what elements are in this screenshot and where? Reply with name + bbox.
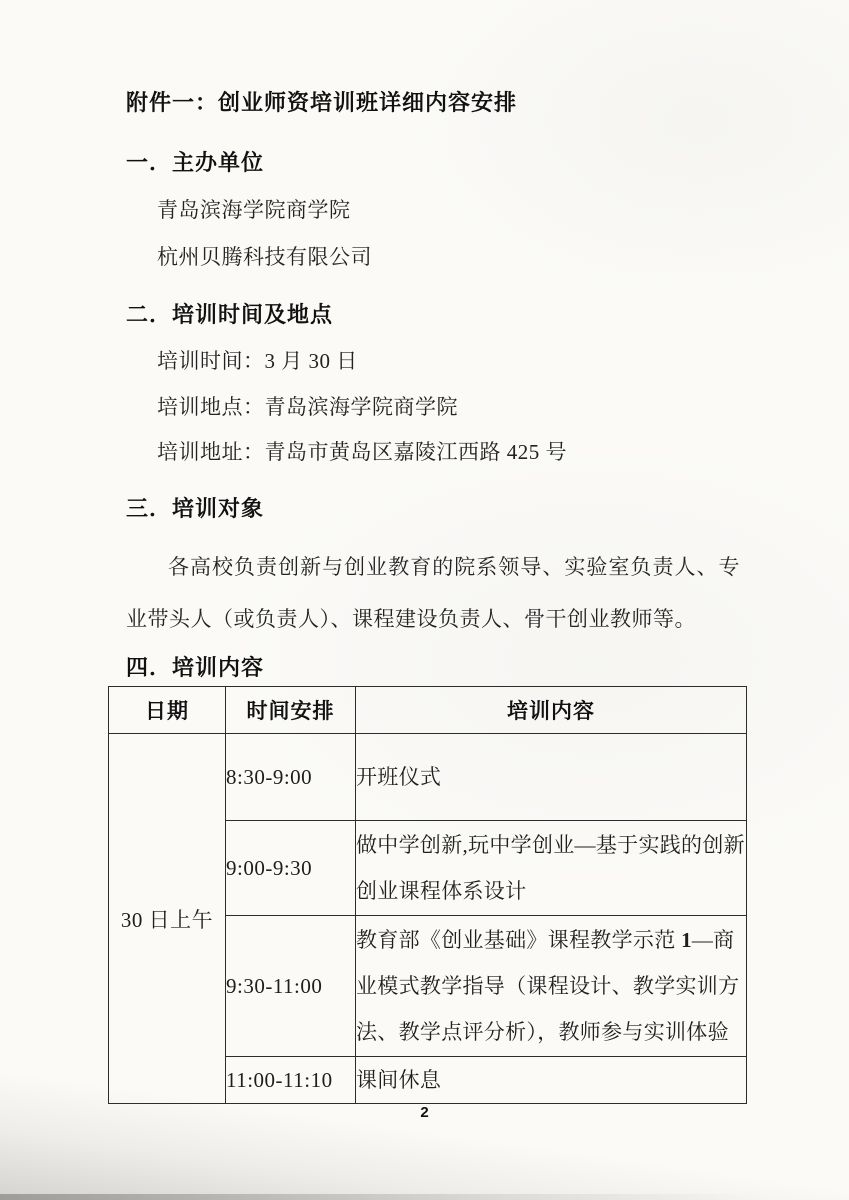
content-cell: 开班仪式 bbox=[356, 734, 747, 821]
table-header-row: 日期 时间安排 培训内容 bbox=[109, 687, 747, 734]
schedule-table: 日期 时间安排 培训内容 30 日上午 8:30-9:00 开班仪式 9:00-… bbox=[108, 686, 747, 1104]
trainees-paragraph: 各高校负责创新与创业教育的院系领导、实验室负责人、专业带头人（或负责人）、课程建… bbox=[126, 541, 740, 645]
time-cell: 8:30-9:00 bbox=[226, 734, 356, 821]
document-page: 附件一：创业师资培训班详细内容安排 一．主办单位 青岛滨海学院商学院 杭州贝腾科… bbox=[0, 0, 849, 1200]
content-cell: 做中学创新,玩中学创业—基于实践的创新创业课程体系设计 bbox=[356, 821, 747, 916]
host-line-2: 杭州贝腾科技有限公司 bbox=[157, 241, 372, 271]
col-header-date: 日期 bbox=[109, 687, 226, 734]
section-heading-trainees: 三．培训对象 bbox=[126, 492, 264, 523]
content-cell: 课间休息 bbox=[356, 1057, 747, 1104]
date-cell: 30 日上午 bbox=[109, 734, 226, 1104]
time-cell: 9:00-9:30 bbox=[226, 821, 356, 916]
section-heading-content: 四．培训内容 bbox=[126, 651, 264, 682]
table-row: 30 日上午 8:30-9:00 开班仪式 bbox=[109, 734, 747, 821]
time-cell: 9:30-11:00 bbox=[226, 916, 356, 1057]
col-header-content: 培训内容 bbox=[356, 687, 747, 734]
time-cell: 11:00-11:10 bbox=[226, 1057, 356, 1104]
section-heading-time-location: 二．培训时间及地点 bbox=[126, 298, 333, 329]
page-number: 2 bbox=[0, 1104, 849, 1121]
training-location-line: 培训地点：青岛滨海学院商学院 bbox=[157, 391, 458, 421]
training-time-line: 培训时间：3 月 30 日 bbox=[157, 345, 358, 375]
host-line-1: 青岛滨海学院商学院 bbox=[157, 194, 351, 224]
section-heading-hosts: 一．主办单位 bbox=[126, 146, 264, 177]
content-text-pre: 教育部《创业基础》课程教学示范 bbox=[356, 928, 681, 952]
col-header-time: 时间安排 bbox=[226, 687, 356, 734]
content-text-bold: 1 bbox=[681, 928, 692, 952]
attachment-title: 附件一：创业师资培训班详细内容安排 bbox=[126, 86, 517, 117]
content-cell: 教育部《创业基础》课程教学示范 1—商业模式教学指导（课程设计、教学实训方法、教… bbox=[356, 916, 747, 1057]
scan-bottom-edge-artifact bbox=[0, 1194, 849, 1200]
training-address-line: 培训地址：青岛市黄岛区嘉陵江西路 425 号 bbox=[157, 436, 567, 466]
